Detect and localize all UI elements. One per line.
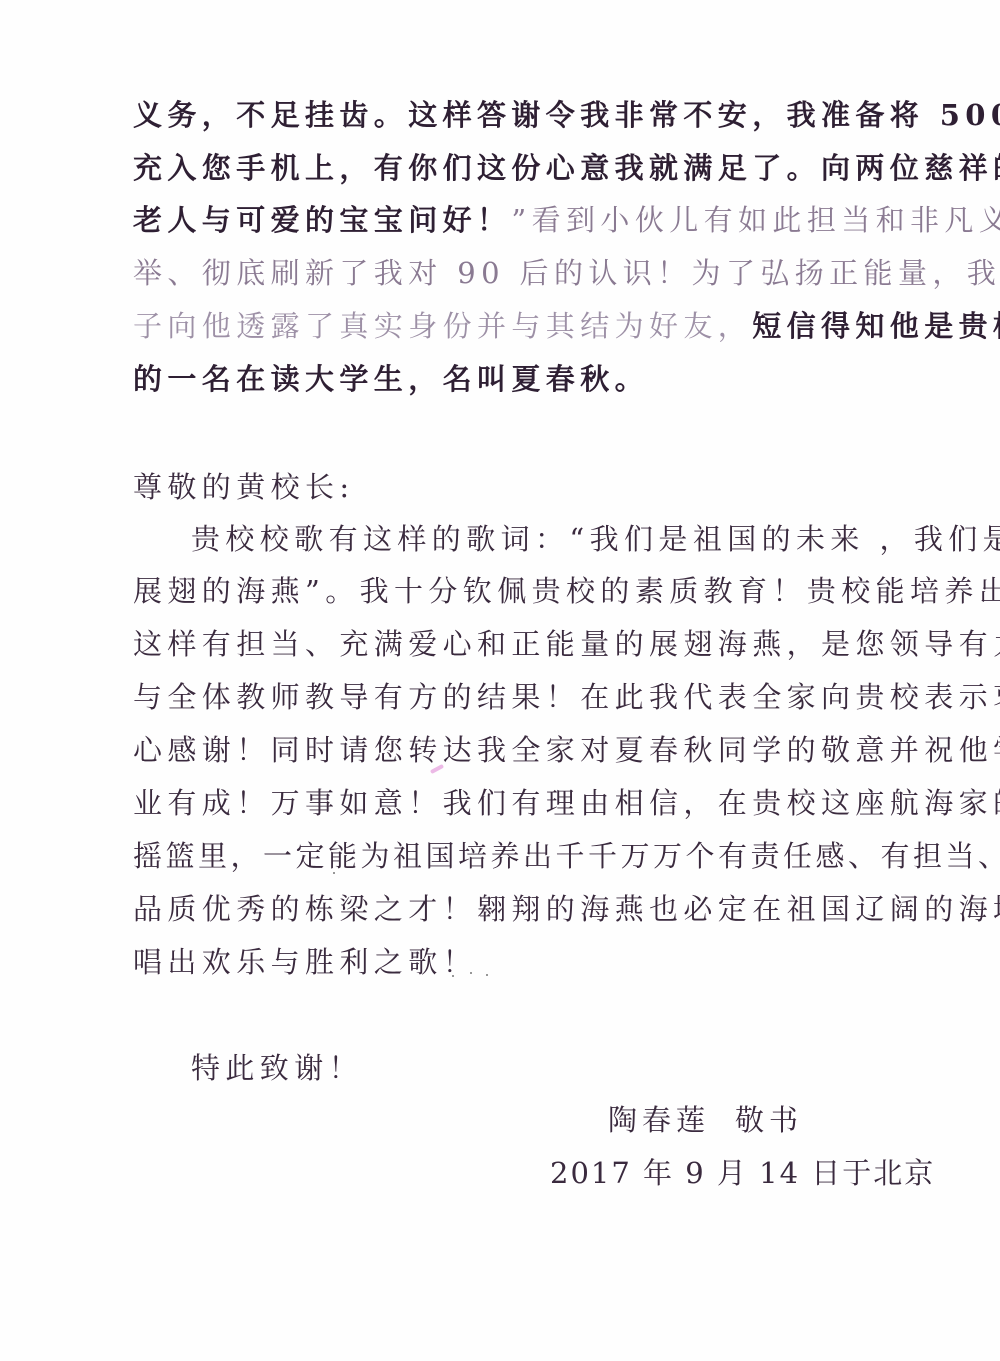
letter-line: 心感谢！同时请您转达我全家对夏春秋同学的敬意并祝他学 (133, 730, 845, 770)
scan-speck (452, 975, 454, 977)
letter-line: 的一名在读大学生，名叫夏春秋。 (133, 359, 845, 399)
letter-line: 摇篮里，一定能为祖国培养出千千万万个有责任感、有担当、 (133, 836, 845, 876)
date-line: 2017 年 9 月 14 日于北京 (550, 1153, 935, 1193)
letter-line: 子向他透露了真实身份并与其结为好友，短信得知他是贵校 (133, 306, 845, 346)
letter-line: 与全体教师教导有方的结果！在此我代表全家向贵校表示衷 (133, 677, 845, 717)
letter-line: 展翅的海燕”。我十分钦佩贵校的素质教育！贵校能培养出 (133, 571, 845, 611)
letter-text-bold: 短信得知他是贵校 (752, 309, 1000, 343)
letter-text-faded: ”看到小伙儿有如此担当和非凡义 (511, 203, 1000, 237)
scan-speck (470, 972, 472, 974)
scan-speck (486, 974, 488, 976)
letter-text-bold: 老人与可爱的宝宝问好！ (133, 203, 511, 237)
letter-text-faded: 子向他透露了真实身份并与其结为好友， (133, 309, 752, 343)
signature-suffix: 敬书 (735, 1100, 803, 1140)
letter-line: 这样有担当、充满爱心和正能量的展翅海燕，是您领导有力 (133, 624, 845, 664)
letter-line: 义务，不足挂齿。这样答谢令我非常不安，我准备将 500 元 (133, 95, 845, 135)
closing: 特此致谢！ (191, 1048, 491, 1088)
salutation: 尊敬的黄校长: (133, 467, 845, 507)
letter-line: 举、彻底刷新了我对 90 后的认识！为了弘扬正能量，我儿 (133, 253, 845, 293)
scan-speck (333, 872, 335, 874)
letter-line: 品质优秀的栋梁之才！翱翔的海燕也必定在祖国辽阔的海域 (133, 889, 845, 929)
signature-name: 陶春莲 (608, 1100, 710, 1140)
letter-line: 贵校校歌有这样的歌词：“我们是祖国的未来 ，我们是 (133, 519, 845, 559)
letter-line: 业有成！万事如意！我们有理由相信，在贵校这座航海家的 (133, 783, 845, 823)
scanned-letter-page: 义务，不足挂齿。这样答谢令我非常不安，我准备将 500 元 充入您手机上，有你们… (0, 0, 1000, 1361)
letter-line: 老人与可爱的宝宝问好！”看到小伙儿有如此担当和非凡义 (133, 200, 845, 240)
letter-line: 唱出欢乐与胜利之歌！ (133, 942, 845, 982)
letter-line: 充入您手机上，有你们这份心意我就满足了。向两位慈祥的 (133, 148, 845, 188)
